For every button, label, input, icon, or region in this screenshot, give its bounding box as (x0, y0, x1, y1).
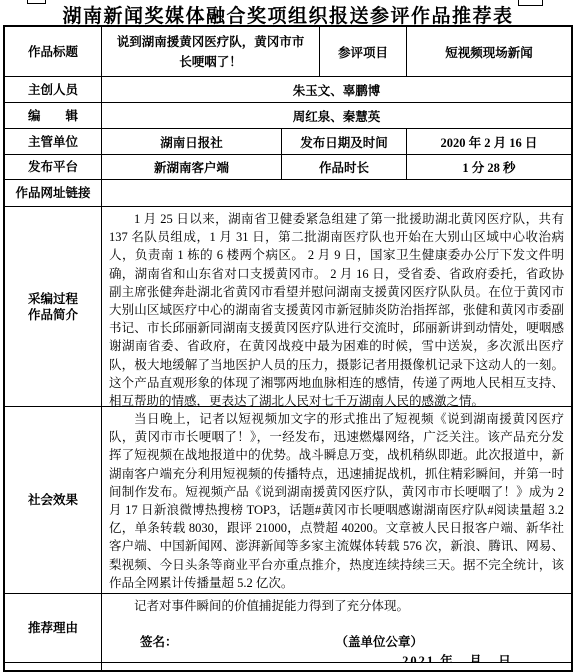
recommendation-cell: 记者对事件瞬间的价值捕捉能力得到了充分体现。 签名： （盖单位公章） 2021 … (102, 594, 571, 662)
partial-cell (5, 663, 102, 670)
supervisor-value: 湖南日报社 (102, 129, 282, 154)
entry-category-value: 短视频现场新闻 (407, 27, 571, 76)
entry-category-label: 参评项目 (320, 27, 407, 76)
table-row: 主管单位 湖南日报社 发布日期及时间 2020 年 2 月 16 日 (5, 129, 571, 155)
duration-value: 1 分 28 秒 (407, 155, 571, 179)
process-intro-paragraph: 1 月 25 日以来，湖南省卫健委紧急组建了第一批援助湖北黄冈医疗队，共有 13… (102, 207, 571, 406)
supervisor-label: 主管单位 (5, 129, 102, 154)
table-row: 发布平台 新湖南客户端 作品时长 1 分 28 秒 (5, 155, 571, 180)
partial-cell (102, 663, 571, 670)
recommendation-form-table: 作品标题 说到湖南援黄冈医疗队，黄冈市市长哽咽了！ 参评项目 短视频现场新闻 主… (3, 25, 573, 672)
signature-line: 签名： （盖单位公章） (102, 632, 571, 650)
editors-value: 周红泉、秦慧英 (102, 103, 571, 128)
creators-label: 主创人员 (5, 77, 102, 102)
table-row: 推荐理由 记者对事件瞬间的价值捕捉能力得到了充分体现。 签名： （盖单位公章） … (5, 594, 571, 663)
duration-label: 作品时长 (282, 155, 407, 179)
recommendation-label: 推荐理由 (5, 594, 102, 662)
publish-datetime-value: 2020 年 2 月 16 日 (407, 129, 571, 154)
creators-value: 朱玉文、辜鹏博 (102, 77, 571, 102)
process-intro-label-line1: 采编过程 (28, 291, 78, 307)
date-line: 2021 年 月 日 (344, 651, 571, 662)
signature-label: 签名： (140, 632, 178, 650)
table-row: 作品网址链接 (5, 180, 571, 207)
work-title-value: 说到湖南援黄冈医疗队，黄冈市市长哽咽了！ (102, 27, 320, 76)
publish-datetime-label: 发布日期及时间 (282, 129, 407, 154)
work-title-label: 作品标题 (5, 27, 102, 76)
process-intro-label-line2: 作品简介 (28, 307, 78, 323)
table-row: 编 辑 周红泉、秦慧英 (5, 103, 571, 129)
table-row: 主创人员 朱玉文、辜鹏博 (5, 77, 571, 103)
page-title: 湖南新闻奖媒体融合奖项组织报送参评作品推荐表 (0, 1, 576, 28)
table-row: 社会效果 当日晚上，记者以短视频加文字的形式推出了短视频《说到湖南援黄冈医疗队，… (5, 407, 571, 594)
social-effect-paragraph: 当日晚上，记者以短视频加文字的形式推出了短视频《说到湖南援黄冈医疗队，黄冈市市长… (102, 407, 571, 593)
platform-value: 新湖南客户端 (102, 155, 282, 179)
process-intro-label: 采编过程 作品简介 (5, 207, 102, 406)
recommendation-paragraph: 记者对事件瞬间的价值捕捉能力得到了充分体现。 (102, 597, 571, 615)
table-row: 作品标题 说到湖南援黄冈医疗队，黄冈市市长哽咽了！ 参评项目 短视频现场新闻 (5, 27, 571, 77)
table-row-partial (5, 663, 571, 670)
url-value (102, 180, 571, 206)
document-page: 湖南新闻奖媒体融合奖项组织报送参评作品推荐表 作品标题 说到湖南援黄冈医疗队，黄… (0, 0, 576, 672)
table-row: 采编过程 作品简介 1 月 25 日以来，湖南省卫健委紧急组建了第一批援助湖北黄… (5, 207, 571, 407)
editors-label: 编 辑 (5, 103, 102, 128)
platform-label: 发布平台 (5, 155, 102, 179)
url-label: 作品网址链接 (5, 180, 102, 206)
seal-note: （盖单位公章） (336, 632, 424, 650)
social-effect-label: 社会效果 (5, 407, 102, 593)
